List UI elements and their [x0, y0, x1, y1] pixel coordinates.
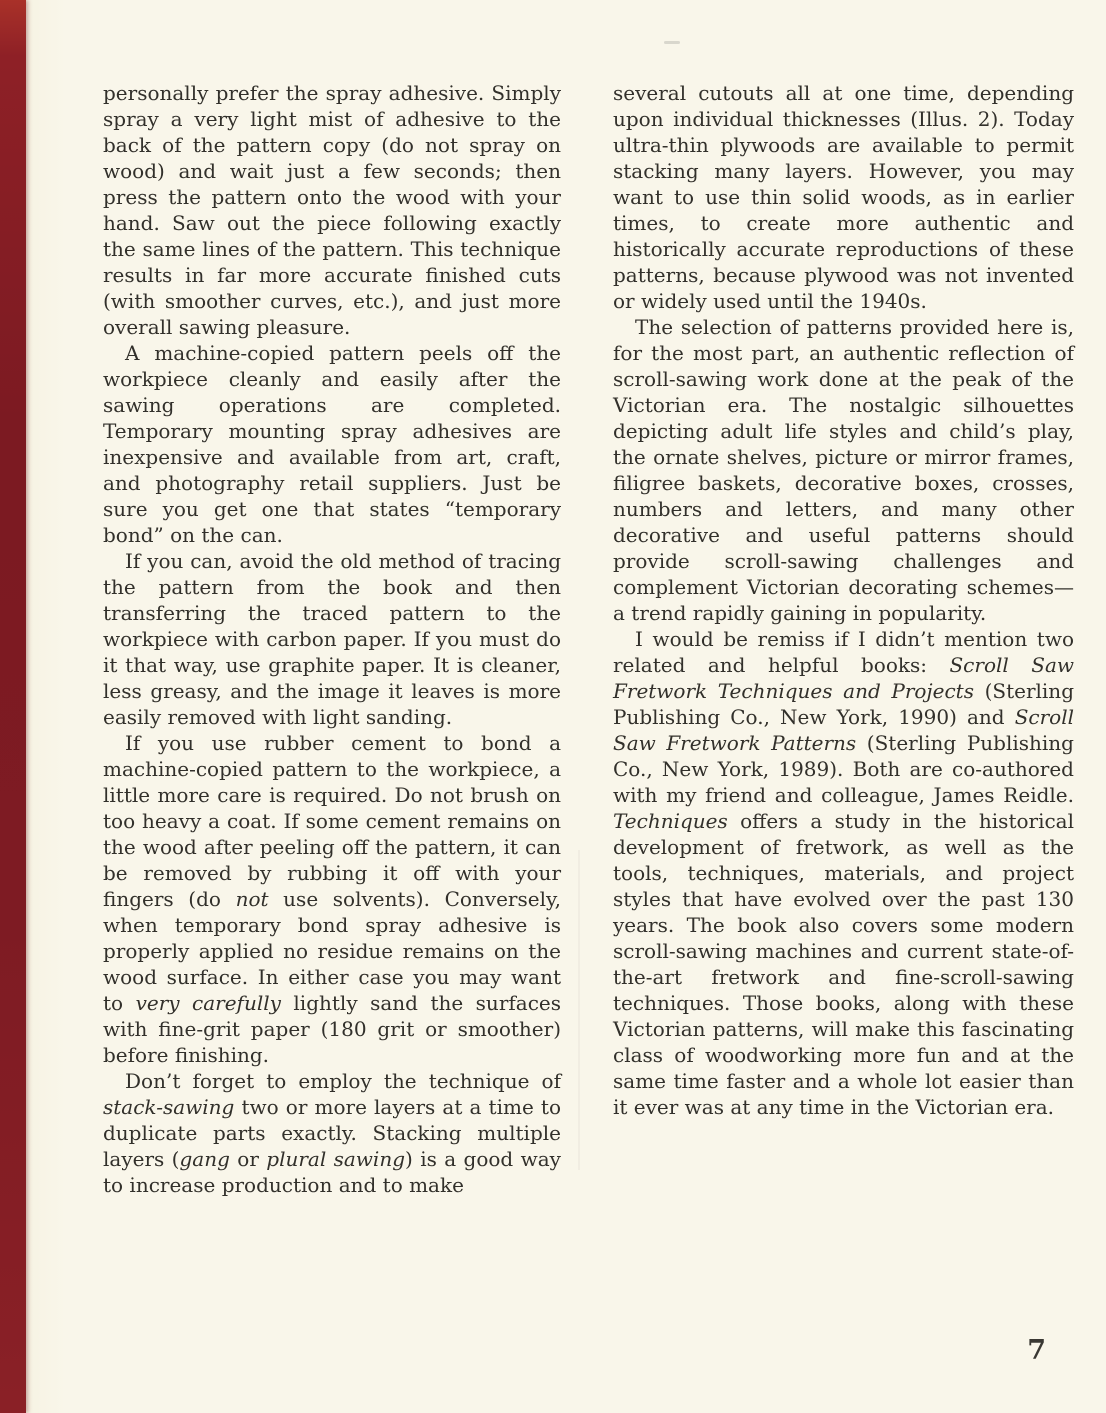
paragraph: A machine-copied pattern peels off the w… — [103, 340, 561, 548]
paragraph: I would be remiss if I didn’t mention tw… — [613, 626, 1074, 1120]
text-column-right: several cutouts all at one time, dependi… — [613, 80, 1074, 1120]
text-column-left: personally prefer the spray adhesive. Si… — [103, 80, 561, 1198]
page-number: 7 — [1027, 1335, 1046, 1366]
italic-text-segment: stack-sawing — [103, 1095, 234, 1119]
italic-text-segment: very carefully — [136, 991, 281, 1015]
text-segment: A machine-copied pattern peels off the w… — [103, 341, 561, 547]
text-segment: If you can, avoid the old method of trac… — [103, 549, 561, 729]
text-segment: personally prefer the spray adhesive. Si… — [103, 81, 561, 339]
paragraph: If you can, avoid the old method of trac… — [103, 548, 561, 730]
paragraph: several cutouts all at one time, dependi… — [613, 80, 1074, 314]
paragraph: Don’t forget to employ the technique of … — [103, 1068, 561, 1198]
text-segment: several cutouts all at one time, dependi… — [613, 81, 1074, 313]
scan-smudge-mark — [664, 41, 680, 44]
paragraph: personally prefer the spray adhesive. Si… — [103, 80, 561, 340]
text-segment: offers a study in the historical develop… — [613, 809, 1074, 1119]
italic-text-segment: not — [236, 887, 269, 911]
scan-edge-strip — [0, 0, 26, 1413]
paragraph: The selection of patterns provided here … — [613, 314, 1074, 626]
italic-text-segment: plural sawing — [266, 1147, 405, 1171]
text-segment: If you use rubber cement to bond a machi… — [103, 731, 561, 911]
italic-text-segment: Techniques — [613, 809, 728, 833]
book-page: personally prefer the spray adhesive. Si… — [0, 0, 1106, 1413]
italic-text-segment: gang — [179, 1147, 229, 1171]
text-segment: The selection of patterns provided here … — [613, 315, 1074, 625]
text-segment: or — [230, 1147, 266, 1171]
paragraph: If you use rubber cement to bond a machi… — [103, 730, 561, 1068]
column-gutter-crease — [578, 850, 580, 1170]
text-segment: Don’t forget to employ the technique of — [125, 1069, 561, 1093]
